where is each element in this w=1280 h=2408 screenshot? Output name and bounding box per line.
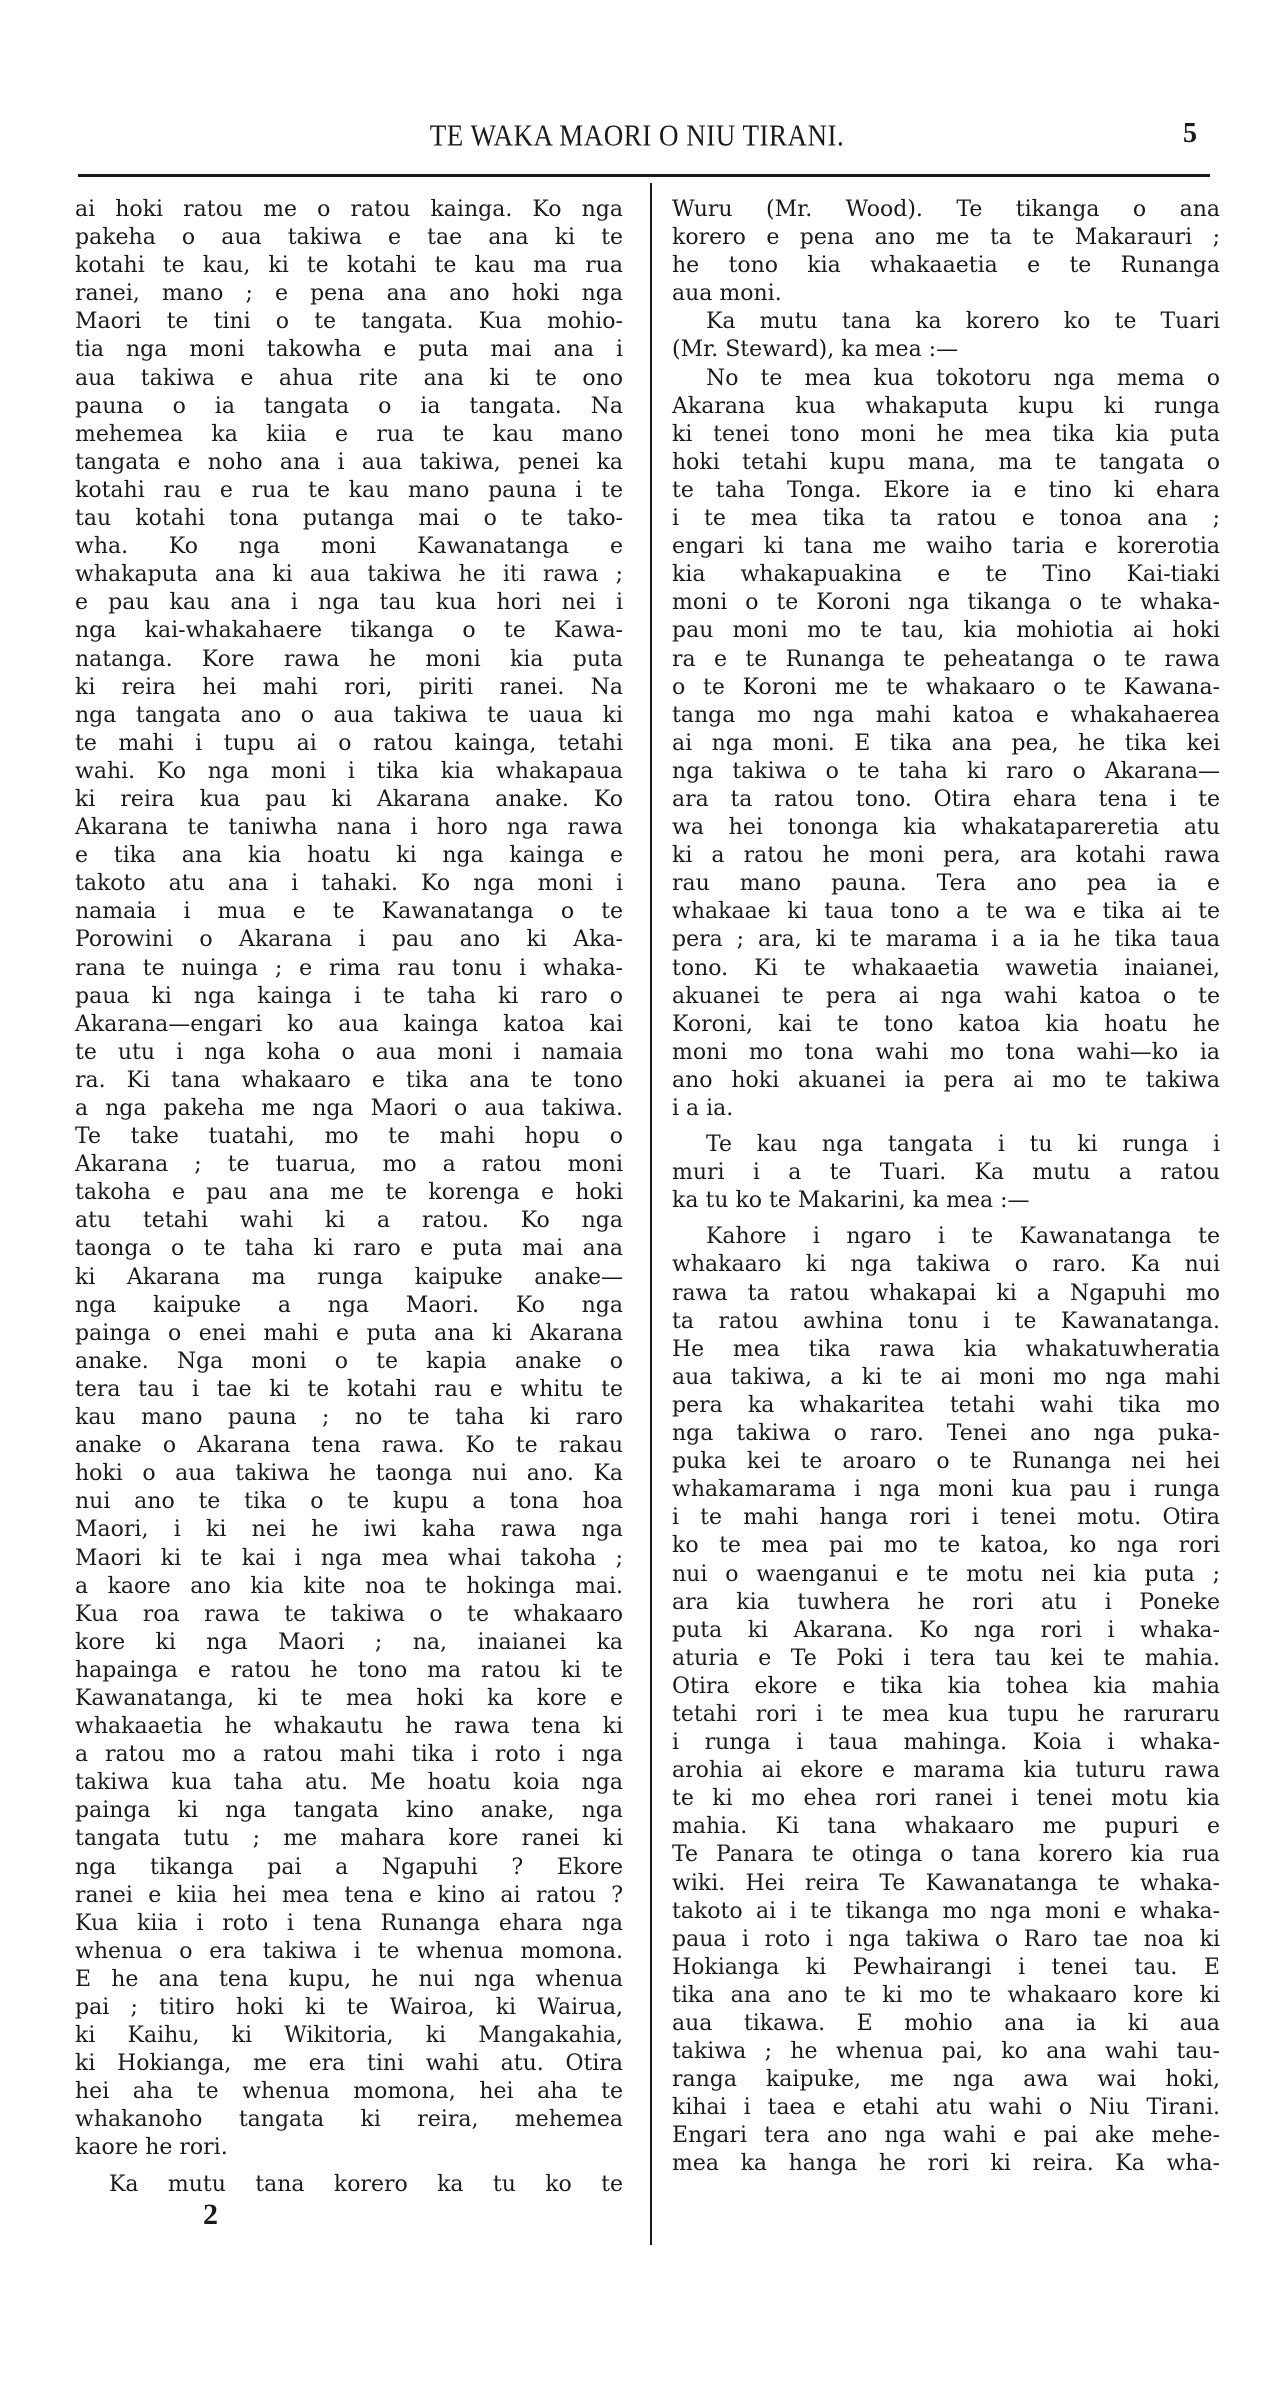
text-line: kotahi te kau, ki te kotahi te kau ma ru… [75,252,623,280]
text-line: tia nga moni takowha e puta mai ana i [75,336,623,364]
text-line: pai ; titiro hoki ki te Wairoa, ki Wairu… [75,1994,623,2022]
text-line: anake. Nga moni o te kapia anake o [75,1348,623,1376]
text-line: wha. Ko nga moni Kawanatanga e [75,533,623,561]
text-line: Wuru (Mr. Wood). Te tikanga o ana [672,196,1220,224]
text-line: moni o te Koroni nga tikanga o te whaka- [672,589,1220,617]
running-head: TE WAKA MAORI O NIU TIRANI. 5 [0,118,1280,158]
text-line: ara kia tuwhera he rori atu i Poneke [672,1589,1220,1617]
text-line: nga takiwa o te taha ki raro o Akarana— [672,758,1220,786]
text-line: pakeha o aua takiwa e tae ana ki te [75,224,623,252]
text-line: Otira ekore e tika kia tohea kia mahia [672,1673,1220,1701]
text-line: mehemea ka kiia e rua te kau mano [75,421,623,449]
text-line: tika ana ano te ki mo te whakaaro kore k… [672,1982,1220,2010]
text-line: natanga. Kore rawa he moni kia puta [75,646,623,674]
text-line: nga tangata ano o aua takiwa te uaua ki [75,702,623,730]
column-divider [650,183,652,2245]
text-line: Akarana ; te tuarua, mo a ratou moni [75,1151,623,1179]
text-line: Maori ki te kai i nga mea whai takoha ; [75,1545,623,1573]
text-line: wa hei tononga kia whakatapareretia atu [672,814,1220,842]
text-line: arohia ai ekore e marama kia tuturu rawa [672,1757,1220,1785]
text-line: Ka mutu tana korero ka tu ko te [75,2171,623,2199]
text-line: nga tikanga pai a Ngapuhi ? Ekore [75,1854,623,1882]
right-column: Wuru (Mr. Wood). Te tikanga o anakorero … [672,196,1220,2179]
text-line: korero e pena ano me ta te Makarauri ; [672,224,1220,252]
text-line: hei aha te whenua momona, hei aha te [75,2078,623,2106]
text-line: e pau kau ana i nga tau kua hori nei i [75,589,623,617]
text-line: aua moni. [672,280,1220,308]
text-line: te ki mo ehea rori ranei i tenei motu ki… [672,1785,1220,1813]
text-line: Kua roa rawa te takiwa o te whakaaro [75,1601,623,1629]
text-line: ai hoki ratou me o ratou kainga. Ko nga [75,196,623,224]
text-line: i te mahi hanga rori i tenei motu. Otira [672,1504,1220,1532]
text-line: takoha e pau ana me te korenga e hoki [75,1179,623,1207]
text-line: Kawanatanga, ki te mea hoki ka kore e [75,1685,623,1713]
text-line: ano hoki akuanei ia pera ai mo te takiwa [672,1067,1220,1095]
text-line: ranei e kiia hei mea tena e kino ai rato… [75,1882,623,1910]
text-line: te utu i nga koha o aua moni i namaia [75,1039,623,1067]
text-line: whakaaetia he whakautu he rawa tena ki [75,1713,623,1741]
text-line: muri i a te Tuari. Ka mutu a ratou [672,1159,1220,1187]
text-line: pau moni mo te tau, kia mohiotia ai hoki [672,617,1220,645]
text-line: tanga mo nga mahi katoa e whakahaerea [672,702,1220,730]
text-line: ki a ratou he moni pera, ara kotahi rawa [672,842,1220,870]
text-line: ki Kaihu, ki Wikitoria, ki Mangakahia, [75,2022,623,2050]
text-line: ai nga moni. E tika ana pea, he tika kei [672,730,1220,758]
publication-title: TE WAKA MAORI O NIU TIRANI. [372,118,902,154]
text-line: anake o Akarana tena rawa. Ko te rakau [75,1432,623,1460]
text-line: ko te mea pai mo te katoa, ko nga rori [672,1532,1220,1560]
text-line: ranga kaipuke, me nga awa wai hoki, [672,2066,1220,2094]
text-line: Porowini o Akarana i pau ano ki Aka- [75,926,623,954]
text-line: nga takiwa o raro. Tenei ano nga puka- [672,1420,1220,1448]
text-line: rana te nuinga ; e rima rau tonu i whaka… [75,955,623,983]
text-line: i runga i taua mahinga. Koia i whaka- [672,1729,1220,1757]
text-line: (Mr. Steward), ka mea :— [672,336,1220,364]
text-line: Kua kiia i roto i tena Runanga ehara nga [75,1910,623,1938]
text-line: tono. Ki te whakaaetia wawetia inaianei, [672,955,1220,983]
text-line: takoto atu ana i tahaki. Ko nga moni i [75,870,623,898]
text-line: tangata e noho ana i aua takiwa, penei k… [75,449,623,477]
text-line: takiwa ; he whenua pai, ko ana wahi tau- [672,2038,1220,2066]
text-line: puka kei te aroaro o te Runanga nei hei [672,1448,1220,1476]
text-line: ka tu ko te Makarini, ka mea :— [672,1187,1220,1215]
text-line: takoto ai i te tikanga mo nga moni e wha… [672,1898,1220,1926]
text-line: painga ki nga tangata kino anake, nga [75,1797,623,1825]
text-line: kaore he rori. [75,2134,623,2162]
text-line: ra. Ki tana whakaaro e tika ana te tono [75,1067,623,1095]
text-line: Kahore i ngaro i te Kawanatanga te [672,1223,1220,1251]
text-line: wahi. Ko nga moni i tika kia whakapaua [75,758,623,786]
text-line: mea ka hanga he rori ki reira. Ka wha- [672,2150,1220,2178]
text-line: whakaae ki taua tono a te wa e tika ai t… [672,898,1220,926]
text-line: Akarana—engari ko aua kainga katoa kai [75,1011,623,1039]
text-line: nga kai-whakahaere tikanga o te Kawa- [75,617,623,645]
text-line: whenua o era takiwa i te whenua momona. [75,1938,623,1966]
text-line: pera ; ara, ki te marama i a ia he tika … [672,926,1220,954]
text-line: ta ratou awhina tonu i te Kawanatanga. [672,1308,1220,1336]
text-line: Maori te tini o te tangata. Kua mohio- [75,308,623,336]
text-line: whakanoho tangata ki reira, mehemea [75,2106,623,2134]
text-line: ki reira kua pau ki Akarana anake. Ko [75,786,623,814]
page-number: 5 [1183,118,1197,150]
text-line: He mea tika rawa kia whakatuwheratia [672,1336,1220,1364]
text-line: ki Hokianga, me era tini wahi atu. Otira [75,2050,623,2078]
text-line: te mahi i tupu ai o ratou kainga, tetahi [75,730,623,758]
text-line: moni mo tona wahi mo tona wahi—ko ia [672,1039,1220,1067]
text-line: tera tau i tae ki te kotahi rau e whitu … [75,1376,623,1404]
text-line: namaia i mua e te Kawanatanga o te [75,898,623,926]
text-line: kotahi rau e rua te kau mano pauna i te [75,477,623,505]
text-line: kihai i taea e etahi atu wahi o Niu Tira… [672,2094,1220,2122]
text-line: aturia e Te Poki i tera tau kei te mahia… [672,1645,1220,1673]
text-line: Te take tuatahi, mo te mahi hopu o [75,1123,623,1151]
text-line: whakamarama i nga moni kua pau i runga [672,1476,1220,1504]
text-line: Hokianga ki Pewhairangi i tenei tau. E [672,1954,1220,1982]
text-line: te taha Tonga. Ekore ia e tino ki ehara [672,477,1220,505]
text-line: Te Panara te otinga o tana korero kia ru… [672,1841,1220,1869]
text-line: ra e te Runanga te peheatanga o te rawa [672,646,1220,674]
text-line: o te Koroni me te whakaaro o te Kawana- [672,674,1220,702]
text-line: ranei, mano ; e pena ana ano hoki nga [75,280,623,308]
text-line: tetahi rori i te mea kua tupu he rarurar… [672,1701,1220,1729]
text-line: a ratou mo a ratou mahi tika i roto i ng… [75,1741,623,1769]
header-rule [78,174,1210,177]
text-line: Engari tera ano nga wahi e pai ake mehe- [672,2122,1220,2150]
text-line: e tika ana kia hoatu ki nga kainga e [75,842,623,870]
text-line: a nga pakeha me nga Maori o aua takiwa. [75,1095,623,1123]
signature-mark: 2 [203,2198,218,2232]
text-line: paua ki nga kainga i te taha ki raro o [75,983,623,1011]
text-line: kia whakapuakina e te Tino Kai-tiaki [672,561,1220,589]
text-line: painga o enei mahi e puta ana ki Akarana [75,1320,623,1348]
text-line: rawa ta ratou whakapai ki a Ngapuhi mo [672,1280,1220,1308]
text-line: wiki. Hei reira Te Kawanatanga te whaka- [672,1870,1220,1898]
text-line: aua takiwa, a ki te ai moni mo nga mahi [672,1364,1220,1392]
text-line: aua tikawa. E mohio ana ia ki aua [672,2010,1220,2038]
text-line: a kaore ano kia kite noa te hokinga mai. [75,1573,623,1601]
text-line: paua i roto i nga takiwa o Raro tae noa … [672,1926,1220,1954]
text-line: mahia. Ki tana whakaaro me pupuri e [672,1813,1220,1841]
text-line: ara ta ratou tono. Otira ehara tena i te [672,786,1220,814]
text-line: Te kau nga tangata i tu ki runga i [672,1131,1220,1159]
text-line: ki Akarana ma runga kaipuke anake— [75,1264,623,1292]
text-line: Maori, i ki nei he iwi kaha rawa nga [75,1516,623,1544]
text-line: aua takiwa e ahua rite ana ki te ono [75,365,623,393]
text-line: tangata tutu ; me mahara kore ranei ki [75,1825,623,1853]
text-line: rau mano pauna. Tera ano pea ia e [672,870,1220,898]
text-line: Akarana te taniwha nana i horo nga rawa [75,814,623,842]
text-line: No te mea kua tokotoru nga mema o [672,365,1220,393]
text-line: i a ia. [672,1095,1220,1123]
text-line: tau kotahi tona putanga mai o te tako- [75,505,623,533]
text-line: taonga o te taha ki raro e puta mai ana [75,1235,623,1263]
text-line: whakaputa ana ki aua takiwa he iti rawa … [75,561,623,589]
text-line: atu tetahi wahi ki a ratou. Ko nga [75,1207,623,1235]
text-line: engari ki tana me waiho taria e koreroti… [672,533,1220,561]
text-line: Ka mutu tana ka korero ko te Tuari [672,308,1220,336]
text-line: hoki tetahi kupu mana, ma te tangata o [672,449,1220,477]
text-line: takiwa kua taha atu. Me hoatu koia nga [75,1769,623,1797]
text-line: hoki o aua takiwa he taonga nui ano. Ka [75,1460,623,1488]
text-line: pauna o ia tangata o ia tangata. Na [75,393,623,421]
text-line: i te mea tika ta ratou e tonoa ana ; [672,505,1220,533]
text-line: kore ki nga Maori ; na, inaianei ka [75,1629,623,1657]
text-line: akuanei te pera ai nga wahi katoa o te [672,983,1220,1011]
text-line: ki tenei tono moni he mea tika kia puta [672,421,1220,449]
text-line: nui ano te tika o te kupu a tona hoa [75,1488,623,1516]
text-line: nga kaipuke a nga Maori. Ko nga [75,1292,623,1320]
text-line: Akarana kua whakaputa kupu ki runga [672,393,1220,421]
left-column: ai hoki ratou me o ratou kainga. Ko ngap… [75,196,623,2199]
text-line: kau mano pauna ; no te taha ki raro [75,1404,623,1432]
text-line: whakaaro ki nga takiwa o raro. Ka nui [672,1251,1220,1279]
text-line: puta ki Akarana. Ko nga rori i whaka- [672,1617,1220,1645]
text-line: nui o waenganui e te motu nei kia puta ; [672,1561,1220,1589]
text-line: hapainga e ratou he tono ma ratou ki te [75,1657,623,1685]
text-line: pera ka whakaritea tetahi wahi tika mo [672,1392,1220,1420]
text-line: he tono kia whakaaetia e te Runanga [672,252,1220,280]
text-line: Koroni, kai te tono katoa kia hoatu he [672,1011,1220,1039]
text-line: E he ana tena kupu, he nui nga whenua [75,1966,623,1994]
text-line: ki reira hei mahi rori, piriti ranei. Na [75,674,623,702]
